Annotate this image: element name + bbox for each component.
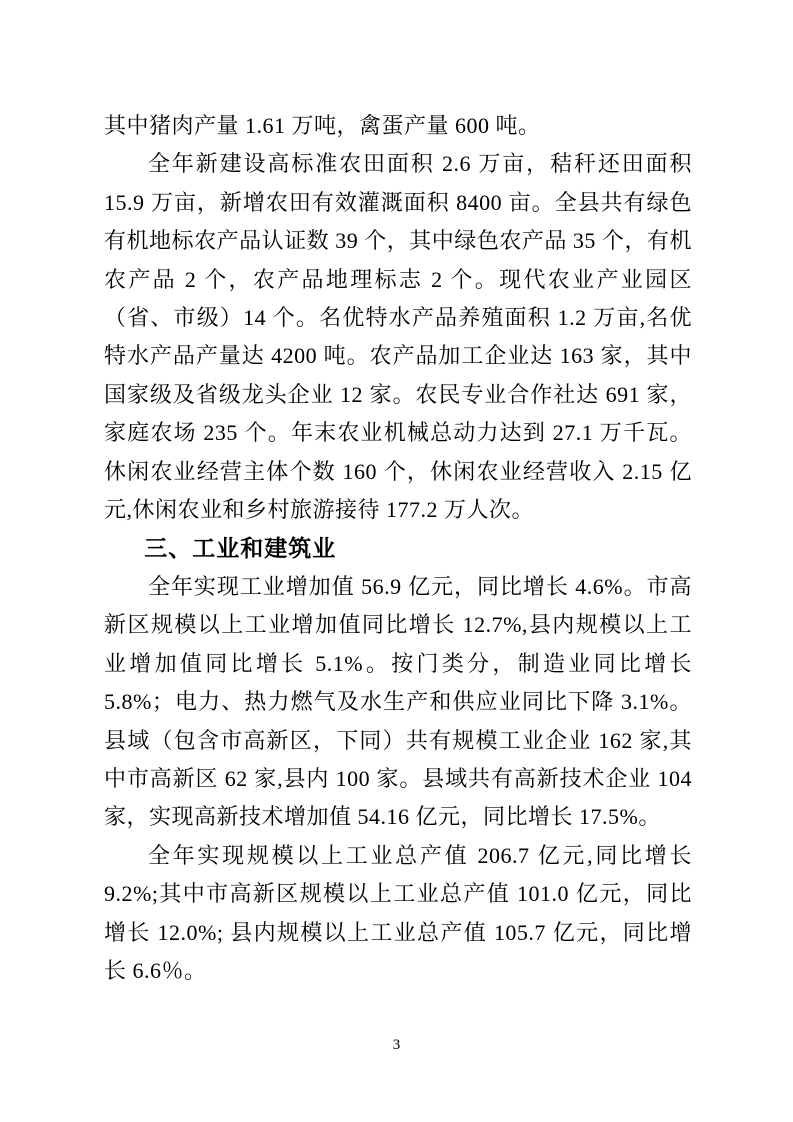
page-footer: 3	[0, 1034, 793, 1056]
paragraph-agriculture-statistics: 全年新建设高标准农田面积 2.6 万亩，秸秆还田面积 15.9 万亩，新增农田有…	[104, 145, 692, 529]
section-heading-industry-construction: 三、工业和建筑业	[104, 529, 692, 567]
document-page: 其中猪肉产量 1.61 万吨，禽蛋产量 600 吨。 全年新建设高标准农田面积 …	[0, 0, 793, 1122]
paragraph-industrial-gross-output: 全年实现规模以上工业总产值 206.7 亿元,同比增长 9.2%;其中市高新区规…	[104, 837, 692, 991]
page-number: 3	[393, 1037, 401, 1053]
paragraph-industry-added-value: 全年实现工业增加值 56.9 亿元，同比增长 4.6%。市高新区规模以上工业增加…	[104, 568, 692, 837]
paragraph-livestock-output: 其中猪肉产量 1.61 万吨，禽蛋产量 600 吨。	[104, 107, 692, 145]
document-body: 其中猪肉产量 1.61 万吨，禽蛋产量 600 吨。 全年新建设高标准农田面积 …	[104, 107, 692, 990]
